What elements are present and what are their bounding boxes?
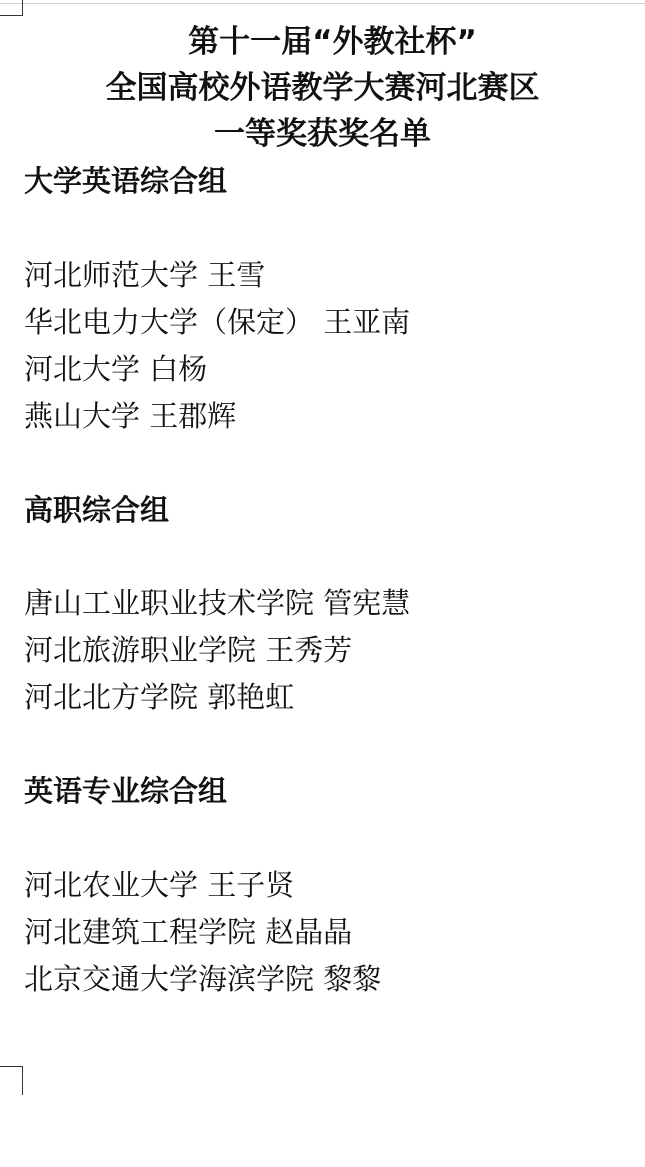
document-title-line-3: 一等奖获奖名单 <box>0 114 645 154</box>
list-item: 河北北方学院 郭艳虹 <box>24 677 294 717</box>
list-item: 华北电力大学（保定） 王亚南 <box>24 302 410 342</box>
list-item: 河北建筑工程学院 赵晶晶 <box>24 912 352 952</box>
list-item: 唐山工业职业技术学院 管宪慧 <box>24 583 410 623</box>
document-title-line-1: 第十一届“外教社杯” <box>10 22 645 62</box>
list-item: 河北旅游职业学院 王秀芳 <box>24 630 352 670</box>
section-title-vocational: 高职综合组 <box>24 490 169 530</box>
list-item: 北京交通大学海滨学院 黎黎 <box>24 959 381 999</box>
page-corner-mark-bottom <box>0 1066 23 1095</box>
document-title-line-2: 全国高校外语教学大赛河北赛区 <box>0 68 645 108</box>
list-item: 河北师范大学 王雪 <box>24 255 265 295</box>
section-title-english-major: 英语专业综合组 <box>24 771 227 811</box>
section-title-college-english: 大学英语综合组 <box>24 161 227 201</box>
list-item: 燕山大学 王郡辉 <box>24 396 236 436</box>
list-item: 河北农业大学 王子贤 <box>24 865 294 905</box>
page-top-edge <box>0 3 645 4</box>
page-corner-mark-top <box>0 0 23 16</box>
list-item: 河北大学 白杨 <box>24 349 207 389</box>
